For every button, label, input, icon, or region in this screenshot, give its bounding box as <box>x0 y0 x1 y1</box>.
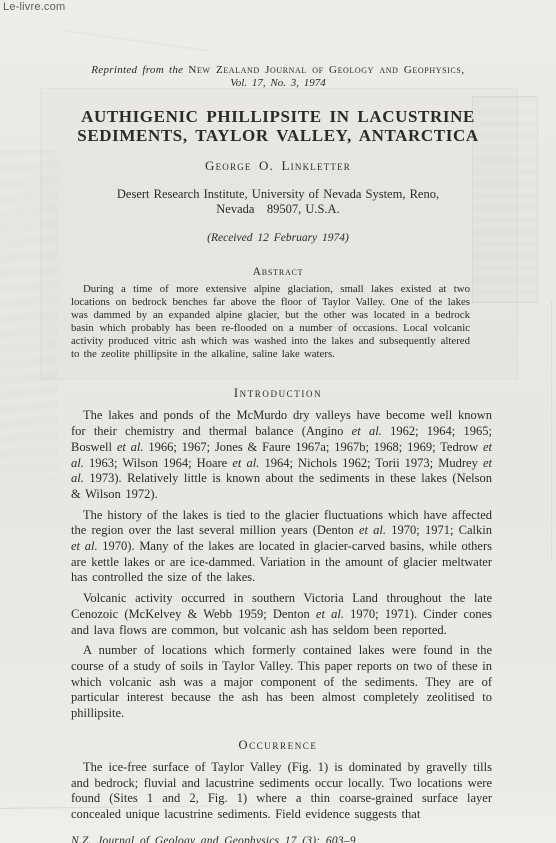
abstract-text: During a time of more extensive alpine g… <box>71 283 470 360</box>
abstract-heading: Abstract <box>0 266 556 278</box>
volume-line: Vol. 17, No. 3, 1974 <box>0 77 556 89</box>
author-name: George O. Linkletter <box>0 158 556 174</box>
paragraph-occurrence-1: The ice-free surface of Taylor Valley (F… <box>71 760 492 823</box>
paper-title-line2: SEDIMENTS, TAYLOR VALLEY, ANTARCTICA <box>77 126 478 145</box>
scanned-paper-page: Le-livre.com Reprinted from the New Zeal… <box>0 0 556 843</box>
reprint-line: Reprinted from the New Zealand Journal o… <box>0 64 556 76</box>
section-heading-introduction: Introduction <box>0 386 556 401</box>
section-heading-occurrence: Occurrence <box>0 738 556 753</box>
journal-name: New Zealand Journal of Geology and Geoph… <box>188 64 464 76</box>
page-content: Reprinted from the New Zealand Journal o… <box>0 0 556 843</box>
paper-title-line1: AUTHIGENIC PHILLIPSITE IN LACUSTRINE <box>81 107 475 126</box>
affiliation-line2: Nevada 89507, U.S.A. <box>216 202 339 216</box>
received-date: (Received 12 February 1974) <box>0 232 556 244</box>
affiliation: Desert Research Institute, University of… <box>0 187 556 217</box>
paragraph-intro-1: The lakes and ponds of the McMurdo dry v… <box>71 408 492 502</box>
paragraph-intro-4: A number of locations which formerly con… <box>71 643 492 722</box>
paper-title: AUTHIGENIC PHILLIPSITE IN LACUSTRINE SED… <box>40 107 516 145</box>
reprint-prefix: Reprinted from the <box>91 64 183 76</box>
paragraph-intro-2: The history of the lakes is tied to the … <box>71 508 492 587</box>
footer-citation: N.Z. Journal of Geology and Geophysics 1… <box>71 835 556 843</box>
affiliation-line1: Desert Research Institute, University of… <box>117 187 439 201</box>
paragraph-intro-3: Volcanic activity occurred in southern V… <box>71 591 492 638</box>
